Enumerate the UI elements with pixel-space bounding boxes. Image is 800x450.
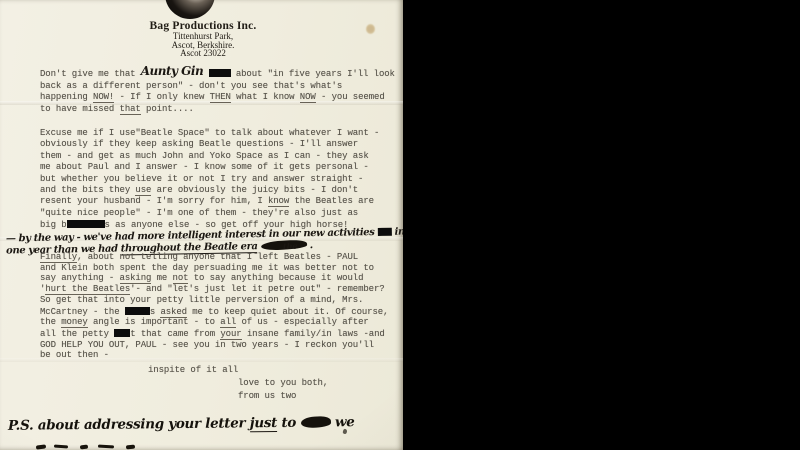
typed-text: NOW (300, 92, 316, 103)
letter-line: McCartney - the s asked me to keep quiet… (40, 306, 388, 318)
typed-text: about "in five years I'll look (231, 69, 395, 79)
letter-line: and the bits they use are obviously the … (40, 185, 379, 196)
letter-line: and Klein both spent the day persuading … (40, 263, 388, 274)
letter-line: be out then - (40, 350, 388, 361)
letter-line: the (283, 243, 298, 252)
typed-text: resent your husband - I'm sorry for him,… (40, 196, 268, 206)
letter-line: Finally, about not telling anyone that I… (40, 252, 388, 263)
letter-line: GOD HELP YOU OUT, PAUL - see you in two … (40, 340, 388, 351)
letter-line: 'hurt the Beatles'- and "let's just let … (40, 284, 388, 295)
typed-text: obviously if they keep asking Beatle que… (40, 139, 358, 149)
typed-text: all the petty (40, 329, 114, 339)
paragraph-2: Excuse me if I use"Beatle Space" to talk… (40, 128, 379, 232)
letter-body: Don't give me that Aunty Gin about "in f… (0, 0, 403, 450)
typed-text: GOD HELP YOU OUT, PAUL - see you in two … (40, 340, 374, 350)
typed-text: NOW! (93, 92, 114, 103)
letter-line: obviously if they keep asking Beatle que… (40, 139, 379, 150)
typed-text: them - and get as much John and Yoko Spa… (40, 151, 369, 161)
letter-line: back as a different person" - don't you … (40, 81, 395, 93)
typed-text: Finally (40, 252, 77, 263)
typed-text: that (120, 104, 141, 115)
letter-line: them - and get as much John and Yoko Spa… (40, 151, 379, 162)
typed-text: insane family/in laws -and (242, 329, 385, 339)
typed-text: of us - especially after (236, 317, 369, 327)
typed-text: point.... (141, 104, 194, 114)
closing-line-3: from us two (238, 391, 296, 401)
handwritten-text: to (277, 415, 301, 431)
redaction-box (125, 307, 150, 315)
typed-text: t that came from (130, 329, 220, 339)
typed-text: your (220, 329, 241, 340)
letter-line: me about Paul and I answer - I know some… (40, 162, 379, 173)
ps-line: P.S. about addressing your letter just t… (8, 413, 355, 435)
typed-text: asking (120, 273, 152, 284)
typed-text: what I know (231, 92, 300, 102)
letter-line: to have missed that point.... (40, 104, 395, 116)
typed-text: know (268, 196, 289, 207)
typed-text: hurt the Beatles (45, 284, 130, 295)
typed-text: me (151, 273, 172, 283)
typed-text: use (135, 185, 151, 196)
typed-text: - you seemed (316, 92, 385, 102)
redaction-box (209, 69, 231, 77)
closing-line-1: inspite of it all (148, 365, 238, 375)
letter-line: say anything - asking me not to say anyt… (40, 273, 388, 284)
letter-line: love to you both, (238, 378, 328, 388)
letter-line: "quite nice people" - I'm one of them - … (40, 208, 379, 219)
closing-line-2: love to you both, (238, 378, 328, 388)
paragraph-1: Don't give me that Aunty Gin about "in f… (40, 67, 395, 115)
paragraph-3: Finally, about not telling anyone that I… (40, 252, 388, 361)
typed-text: the Beatles are (289, 196, 374, 206)
letter-line: happening NOW! - If I only knew THEN wha… (40, 92, 395, 104)
redaction-box (114, 329, 130, 337)
typed-text: to have missed (40, 104, 120, 114)
typed-text: big b (40, 220, 67, 230)
handwritten-text: P.S. about addressing your letter (8, 415, 250, 434)
typed-text: love to you both, (238, 378, 328, 388)
handwritten-text: just (250, 415, 278, 432)
typed-text: back as a different person" - don't you … (40, 81, 342, 91)
handwritten-text: the (283, 242, 298, 252)
typed-text: and the bits they (40, 185, 135, 195)
ink-scribble (300, 416, 330, 428)
typed-text: but whether you believe it or not I try … (40, 174, 363, 184)
typed-text: me to keep quiet about it. Of course, (187, 307, 388, 317)
letter-line: but whether you believe it or not I try … (40, 174, 379, 185)
typed-text: be out then - (40, 350, 109, 360)
typed-text: all (220, 317, 236, 328)
typed-text: "quite nice people" - I'm one of them - … (40, 208, 358, 218)
typed-text: asked (160, 307, 187, 318)
typed-text: McCartney - the (40, 307, 125, 317)
black-background: Bag Productions Inc. Tittenhurst Park, A… (0, 0, 800, 450)
redaction-box (67, 220, 105, 228)
typed-text: to say anything because it would (188, 273, 363, 283)
typed-text: happening (40, 92, 93, 102)
letter-line: P.S. about addressing your letter just t… (8, 413, 355, 435)
typed-text: - If I only knew (114, 92, 209, 102)
letter-line: Excuse me if I use"Beatle Space" to talk… (40, 128, 379, 139)
handwritten-text: in (391, 227, 403, 238)
letter-line: inspite of it all (148, 365, 238, 375)
typed-text: '- and "let's just let it petre out" - r… (130, 284, 384, 294)
typed-text: me about Paul and I answer - I know some… (40, 162, 369, 172)
handwritten-text: we (330, 414, 354, 430)
letter-line: Don't give me that Aunty Gin about "in f… (40, 67, 395, 81)
letter-line: So get that into your petty little perve… (40, 295, 388, 306)
typed-text: , about not telling anyone that I left B… (77, 252, 358, 262)
typed-text: angle is important - to (88, 317, 221, 327)
typed-text: money (61, 317, 88, 328)
typed-text: inspite of it all (148, 365, 238, 375)
typed-text: and Klein both spent the day persuading … (40, 263, 374, 273)
letter-line: the money angle is important - to all of… (40, 317, 388, 328)
typed-text: not (173, 273, 189, 284)
typed-text: from us two (238, 391, 296, 401)
typed-text: THEN (210, 92, 231, 103)
letter-line: all the petty t that came from your insa… (40, 328, 388, 340)
typed-text: are obviously the juicy bits - I don't (151, 185, 358, 195)
letter-paper: Bag Productions Inc. Tittenhurst Park, A… (0, 0, 403, 450)
letter-line: from us two (238, 391, 296, 401)
typed-text: s (150, 307, 161, 317)
handwritten-text: Aunty Gin (141, 64, 203, 78)
redaction-box (377, 228, 391, 236)
typed-text: say anything - (40, 273, 120, 283)
letter-line: resent your husband - I'm sorry for him,… (40, 196, 379, 207)
typed-text: So get that into your petty little perve… (40, 295, 363, 305)
typed-text: Excuse me if I use"Beatle Space" to talk… (40, 128, 379, 138)
handwritten-the-caret: the (283, 243, 298, 252)
typed-text: the (40, 317, 61, 327)
typed-text: Don't give me that (40, 69, 141, 79)
handwritten-text: . (306, 240, 312, 251)
